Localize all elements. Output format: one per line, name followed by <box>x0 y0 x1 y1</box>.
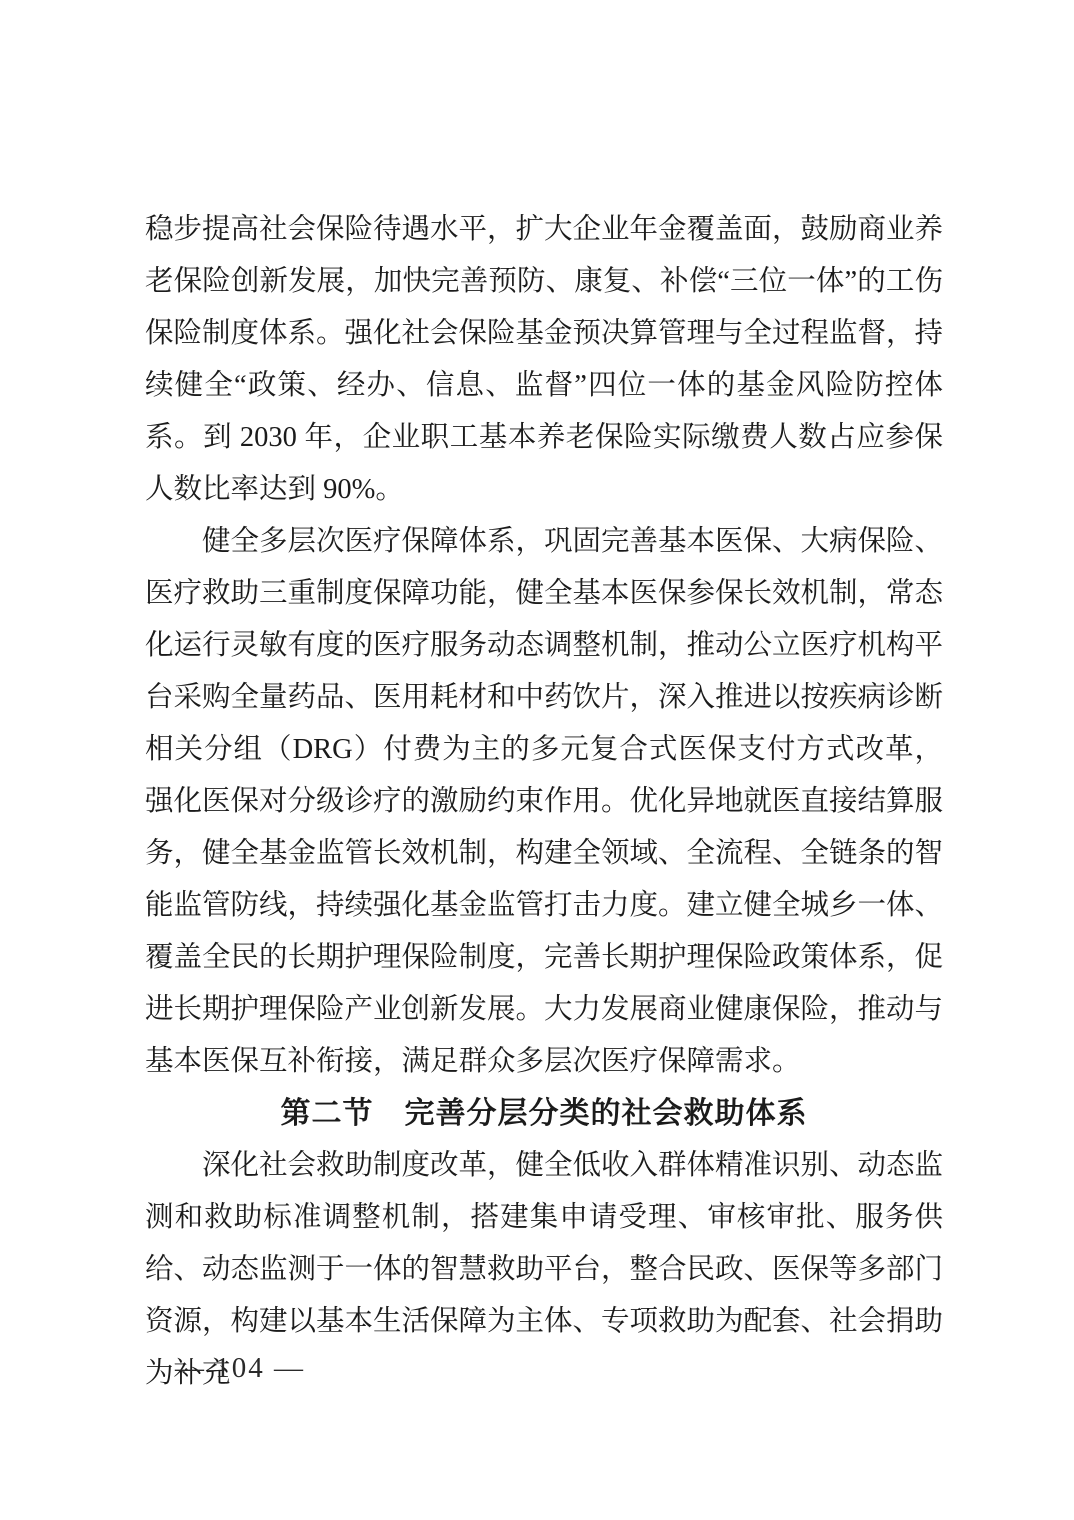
paragraph-social-insurance: 稳步提高社会保险待遇水平，扩大企业年金覆盖面，鼓励商业养老保险创新发展，加快完善… <box>145 204 943 516</box>
page-number: — 104 — <box>175 1345 305 1391</box>
paragraph-medical-security: 健全多层次医疗保障体系，巩固完善基本医保、大病保险、医疗救助三重制度保障功能，健… <box>145 516 943 1088</box>
document-page: 稳步提高社会保险待遇水平，扩大企业年金覆盖面，鼓励商业养老保险创新发展，加快完善… <box>0 0 1074 1520</box>
page-text-block: 稳步提高社会保险待遇水平，扩大企业年金覆盖面，鼓励商业养老保险创新发展，加快完善… <box>145 204 943 1400</box>
section-heading: 第二节 完善分层分类的社会救助体系 <box>145 1088 943 1140</box>
